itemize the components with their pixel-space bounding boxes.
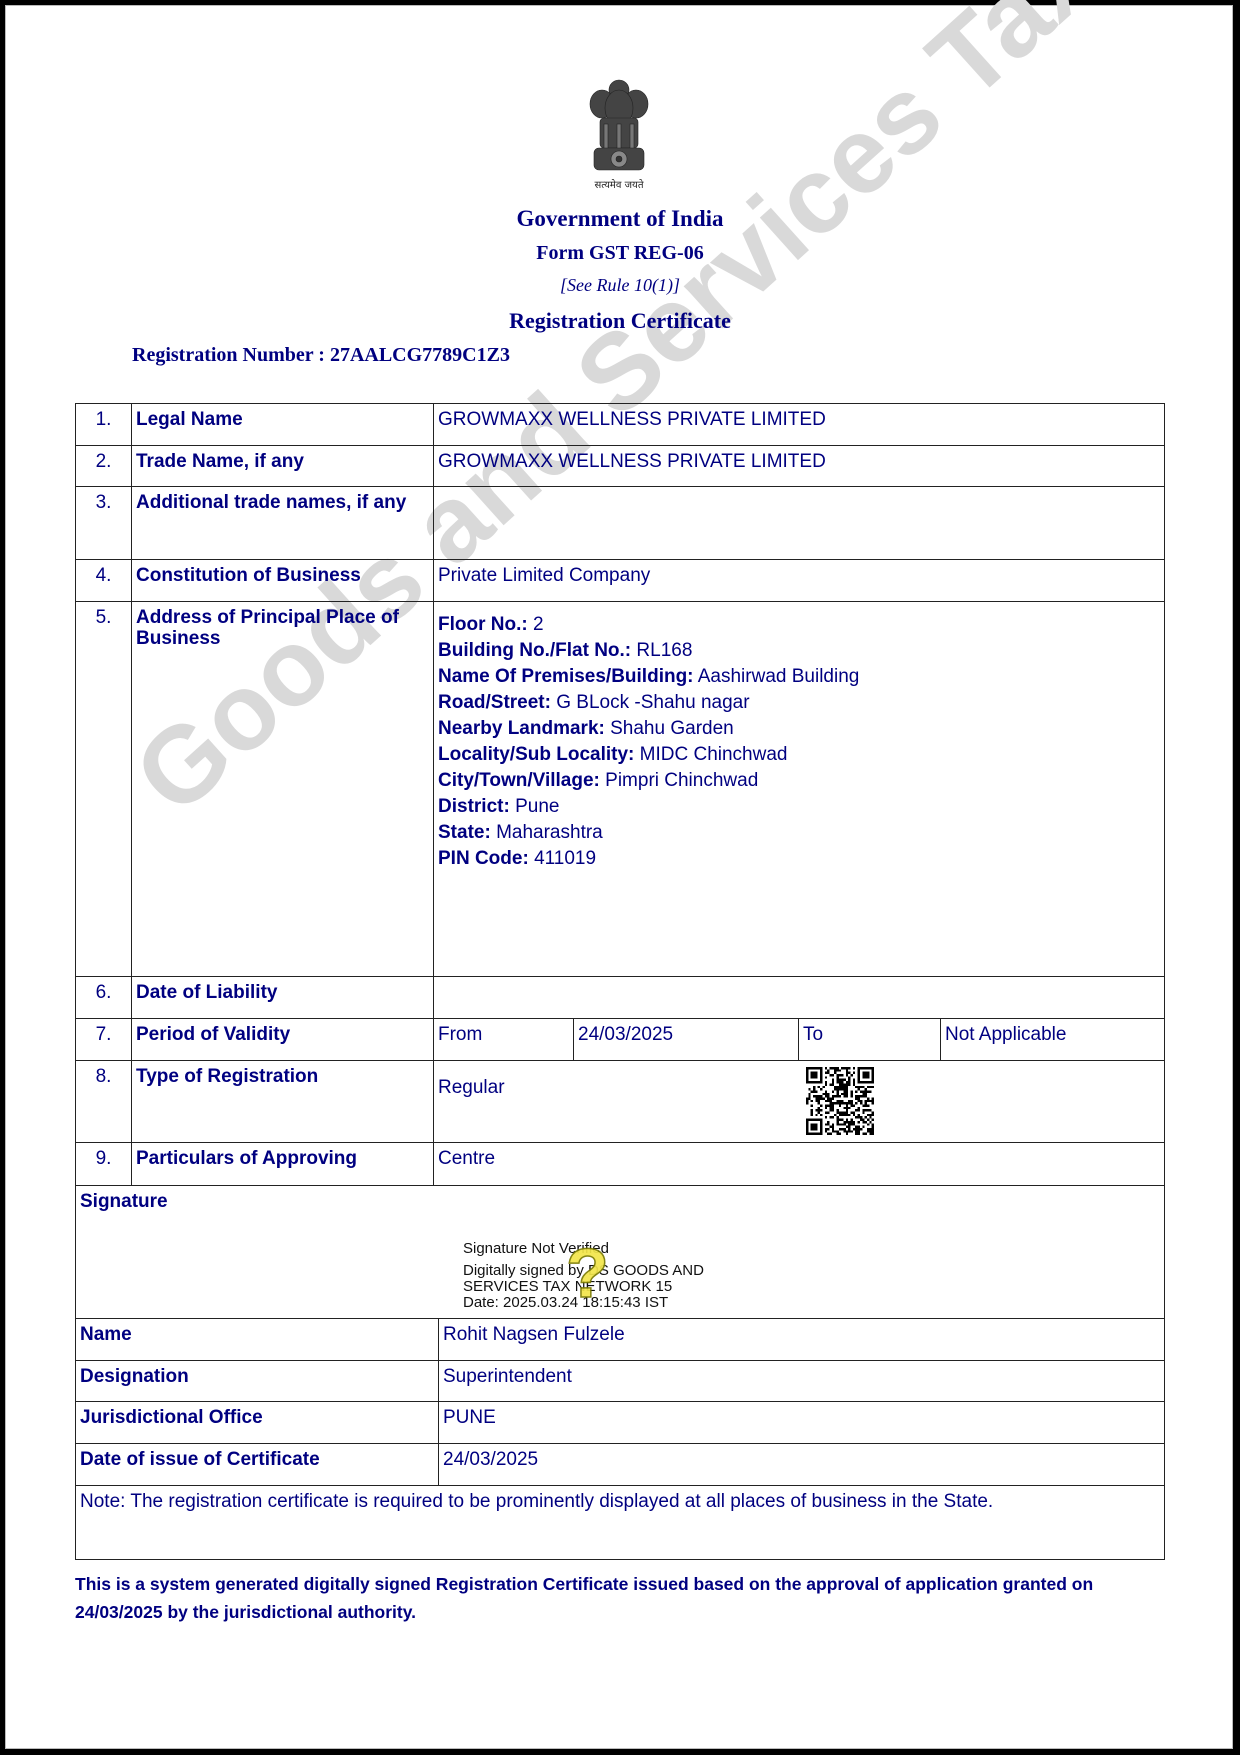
address-locality: Locality/Sub Locality: MIDC Chinchwad bbox=[438, 742, 1160, 768]
row-number: 3. bbox=[75, 486, 132, 560]
display-note: Note: The registration certificate is re… bbox=[75, 1485, 1165, 1560]
address-landmark: Nearby Landmark: Shahu Garden bbox=[438, 716, 1160, 742]
address-road: Road/Street: G BLock -Shahu nagar bbox=[438, 690, 1160, 716]
designation-label: Designation bbox=[75, 1360, 439, 1402]
address-city: City/Town/Village: Pimpri Chinchwad bbox=[438, 768, 1160, 794]
type-of-registration-value: Regular bbox=[433, 1060, 1165, 1143]
date-of-issue-label: Date of issue of Certificate bbox=[75, 1443, 439, 1486]
jurisdictional-office-label: Jurisdictional Office bbox=[75, 1401, 439, 1444]
svg-text:सत्यमेव जयते: सत्यमेव जयते bbox=[594, 179, 643, 191]
form-title: Form GST REG-06 bbox=[0, 242, 1240, 265]
type-of-registration-label: Type of Registration bbox=[131, 1060, 434, 1143]
address-district: District: Pune bbox=[438, 794, 1160, 820]
address-floor: Floor No.: 2 bbox=[438, 612, 1160, 638]
validity-to-label: To bbox=[798, 1018, 941, 1061]
date-of-liability-label: Date of Liability bbox=[131, 976, 434, 1019]
signature-heading: Signature bbox=[80, 1191, 168, 1212]
officer-name-label: Name bbox=[75, 1318, 439, 1361]
trade-name-label: Trade Name, if any bbox=[131, 445, 434, 487]
registration-number-value: 27AALCG7789C1Z3 bbox=[330, 344, 510, 366]
national-emblem-icon: सत्यमेव जयते bbox=[584, 74, 654, 192]
period-of-validity-label: Period of Validity bbox=[131, 1018, 434, 1061]
row-number: 2. bbox=[75, 445, 132, 487]
constitution-value: Private Limited Company bbox=[433, 559, 1165, 602]
row-number: 9. bbox=[75, 1142, 132, 1186]
particulars-of-approving-value: Centre bbox=[433, 1142, 1165, 1186]
registration-number: Registration Number : 27AALCG7789C1Z3 bbox=[132, 344, 510, 367]
particulars-of-approving-label: Particulars of Approving bbox=[131, 1142, 434, 1186]
address-building-no: Building No./Flat No.: RL168 bbox=[438, 638, 1160, 664]
address-state: State: Maharashtra bbox=[438, 820, 1160, 846]
qr-code-icon bbox=[806, 1067, 874, 1135]
system-generated-note: This is a system generated digitally sig… bbox=[75, 1570, 1175, 1626]
question-mark-icon[interactable]: ? bbox=[566, 1238, 609, 1308]
constitution-label: Constitution of Business bbox=[131, 559, 434, 602]
certificate-title: Registration Certificate bbox=[0, 308, 1240, 334]
additional-trade-names-label: Additional trade names, if any bbox=[131, 486, 434, 560]
address-premises: Name Of Premises/Building: Aashirwad Bui… bbox=[438, 664, 1160, 690]
trade-name-value: GROWMAXX WELLNESS PRIVATE LIMITED bbox=[433, 445, 1165, 487]
additional-trade-names-value bbox=[433, 486, 1165, 560]
address-value: Floor No.: 2 Building No./Flat No.: RL16… bbox=[433, 601, 1165, 977]
government-heading: Government of India bbox=[0, 206, 1240, 232]
row-number: 1. bbox=[75, 403, 132, 446]
officer-name-value: Rohit Nagsen Fulzele bbox=[438, 1318, 1165, 1361]
validity-to-date: Not Applicable bbox=[940, 1018, 1165, 1061]
address-label: Address of Principal Place of Business bbox=[131, 601, 434, 977]
rule-reference: [See Rule 10(1)] bbox=[0, 275, 1240, 296]
row-number: 6. bbox=[75, 976, 132, 1019]
date-of-issue-value: 24/03/2025 bbox=[438, 1443, 1165, 1486]
date-of-liability-value bbox=[433, 976, 1165, 1019]
jurisdictional-office-value: PUNE bbox=[438, 1401, 1165, 1444]
validity-from-label: From bbox=[433, 1018, 574, 1061]
address-pin: PIN Code: 411019 bbox=[438, 846, 1160, 872]
validity-from-date: 24/03/2025 bbox=[573, 1018, 799, 1061]
legal-name-label: Legal Name bbox=[131, 403, 434, 446]
row-number: 8. bbox=[75, 1060, 132, 1143]
legal-name-value: GROWMAXX WELLNESS PRIVATE LIMITED bbox=[433, 403, 1165, 446]
registration-number-label: Registration Number : bbox=[132, 344, 325, 366]
designation-value: Superintendent bbox=[438, 1360, 1165, 1402]
row-number: 4. bbox=[75, 559, 132, 602]
row-number: 5. bbox=[75, 601, 132, 977]
row-number: 7. bbox=[75, 1018, 132, 1061]
